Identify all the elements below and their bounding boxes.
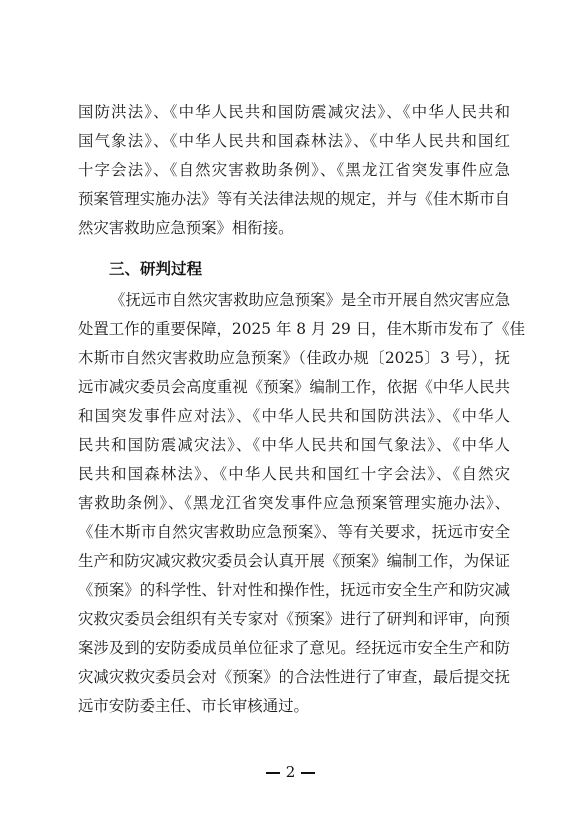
page-number-value: 2 [286, 763, 296, 781]
paragraph-line: 国防洪法》、《中华人民共和国防震减灾法》、《中华人民共和 [78, 98, 510, 127]
dash-right [301, 772, 315, 774]
paragraph-line: 预案管理实施办法》等有关法律法规的规定，并与《佳木斯市自 [78, 185, 510, 214]
paragraph-line: 民共和国防震减灾法》、《中华人民共和国气象法》、《中华人 [78, 431, 510, 460]
paragraph-line: 《佳木斯市自然灾害救助应急预案》、等有关要求，抚远市安全 [78, 518, 510, 547]
section-heading: 三、研判过程 [109, 255, 202, 284]
paragraph-line: 生产和防灾减灾救灾委员会认真开展《预案》编制工作，为保证 [78, 547, 510, 576]
paragraph-line: 和国突发事件应对法》、《中华人民共和国防洪法》、《中华人 [78, 402, 510, 431]
paragraph-line: 案涉及到的安防委成员单位征求了意见。经抚远市安全生产和防 [78, 634, 510, 663]
paragraph-line: 然灾害救助应急预案》相衔接。 [78, 214, 510, 243]
document-page: 国防洪法》、《中华人民共和国防震减灾法》、《中华人民共和 国气象法》、《中华人民… [0, 0, 581, 820]
paragraph-line: 《抚远市自然灾害救助应急预案》是全市开展自然灾害应急 [110, 286, 510, 315]
paragraph-line: 远市安防委主任、市长审核通过。 [78, 692, 510, 721]
paragraph-line: 处置工作的重要保障，2025 年 8 月 29 日，佳木斯市发布了《佳 [78, 315, 510, 344]
paragraph-line: 国气象法》、《中华人民共和国森林法》、《中华人民共和国红 [78, 127, 510, 156]
paragraph-line: 十字会法》、《自然灾害救助条例》、《黑龙江省突发事件应急 [78, 156, 510, 185]
dash-left [266, 772, 280, 774]
paragraph-line: 害救助条例》、《黑龙江省突发事件应急预案管理实施办法》、 [78, 489, 510, 518]
page-number: 2 [0, 762, 581, 782]
paragraph-line: 远市减灾委员会高度重视《预案》编制工作，依据《中华人民共 [78, 373, 510, 402]
paragraph-line: 灾救灾委员会组织有关专家对《预案》进行了研判和评审，向预 [78, 605, 510, 634]
paragraph-line: 《预案》的科学性、针对性和操作性，抚远市安全生产和防灾减 [78, 576, 510, 605]
paragraph-line: 民共和国森林法》、《中华人民共和国红十字会法》、《自然灾 [78, 460, 510, 489]
paragraph-line: 木斯市自然灾害救助应急预案》（佳政办规〔2025〕3 号），抚 [78, 344, 510, 373]
paragraph-line: 灾减灾救灾委员会对《预案》的合法性进行了审查，最后提交抚 [78, 663, 510, 692]
